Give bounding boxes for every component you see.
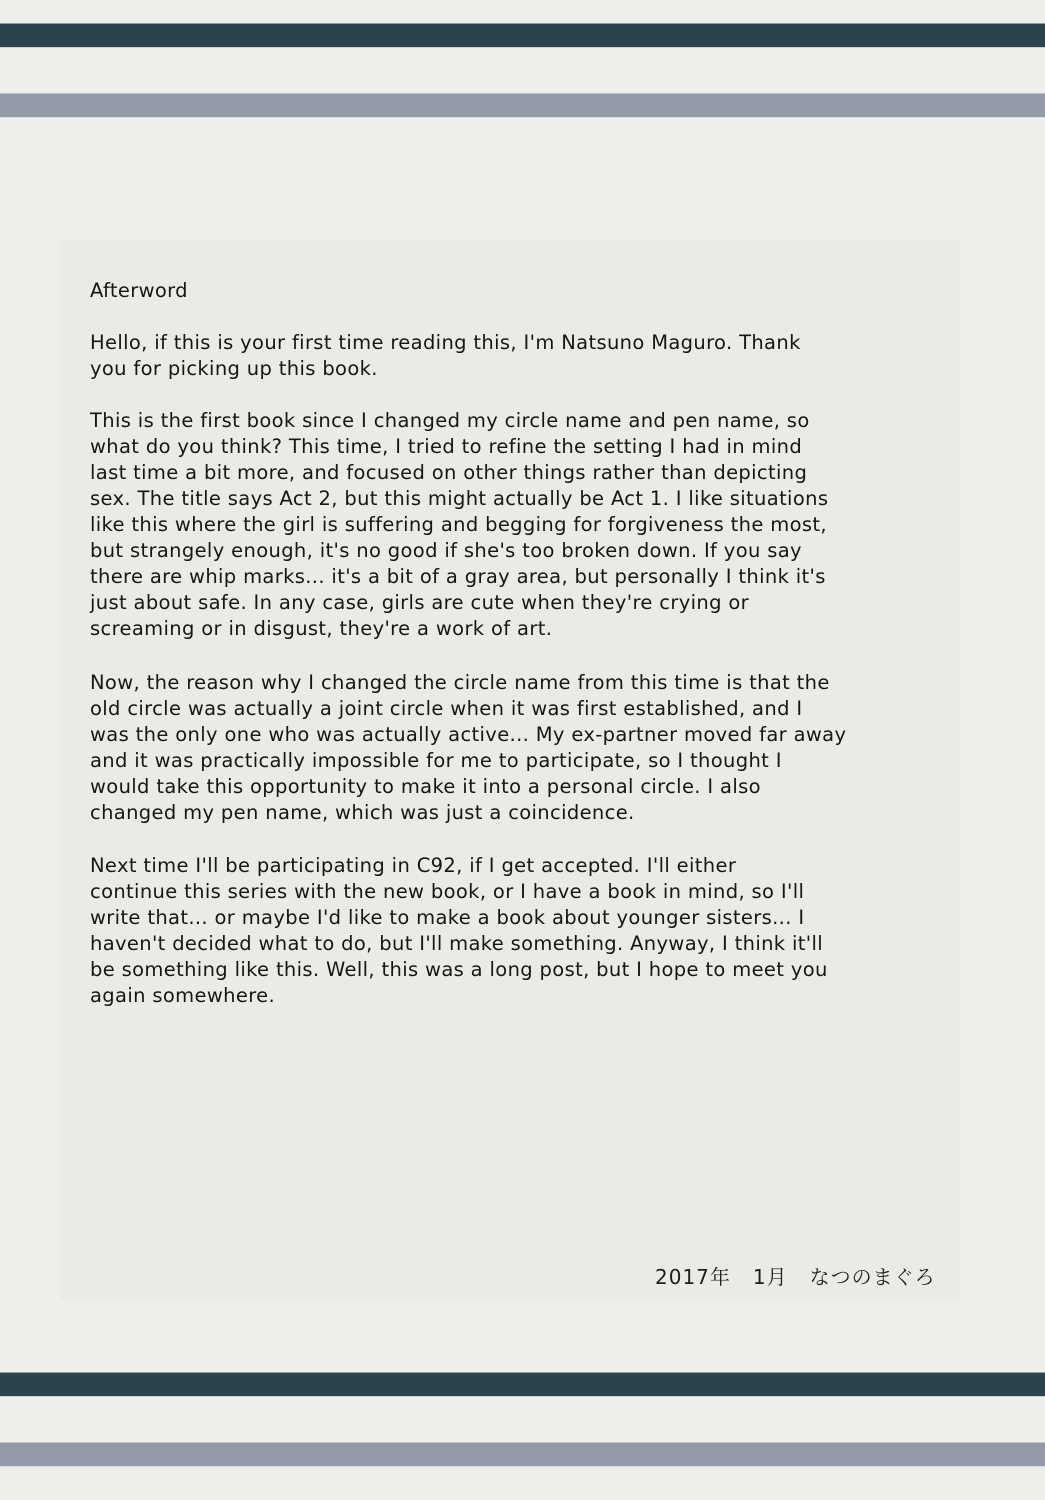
paragraph-3-line-4: and it was practically impossible for me… (90, 748, 782, 774)
paragraph-4-line-5: be something like this. Well, this was a… (90, 957, 828, 983)
paragraph-2-line-8: just about safe. In any case, girls are … (90, 590, 749, 616)
paragraph-2-line-4: sex. The title says Act 2, but this migh… (90, 486, 828, 512)
paragraph-2-line-6: but strangely enough, it's no good if sh… (90, 538, 802, 564)
paragraph-3-line-5: would take this opportunity to make it i… (90, 774, 761, 800)
bottom-gray-stripe (0, 1443, 1045, 1466)
paragraph-4-line-2: continue this series with the new book, … (90, 879, 804, 905)
bottom-dark-stripe (0, 1373, 1045, 1396)
paragraph-3-line-6: changed my pen name, which was just a co… (90, 800, 635, 826)
top-gray-stripe (0, 94, 1045, 117)
paragraph-4-line-1: Next time I'll be participating in C92, … (90, 853, 736, 879)
afterword-heading: Afterword (90, 278, 188, 304)
signature-author: なつのまぐろ (810, 1265, 936, 1289)
paragraph-2-line-1: This is the first book since I changed m… (90, 408, 810, 434)
paragraph-2-line-3: last time a bit more, and focused on oth… (90, 460, 807, 486)
paragraph-3-line-1: Now, the reason why I changed the circle… (90, 670, 830, 696)
paragraph-2-line-5: like this where the girl is suffering an… (90, 512, 827, 538)
paragraph-4-line-6: again somewhere. (90, 983, 275, 1009)
paragraph-4-line-4: haven't decided what to do, but I'll mak… (90, 931, 823, 957)
paragraph-3-line-3: was the only one who was actually active… (90, 722, 846, 748)
top-dark-stripe (0, 24, 1045, 47)
signature-year: 2017年 (655, 1265, 731, 1289)
paragraph-2-line-7: there are whip marks... it's a bit of a … (90, 564, 826, 590)
paragraph-3-line-2: old circle was actually a joint circle w… (90, 696, 802, 722)
paragraph-4-line-3: write that... or maybe I'd like to make … (90, 905, 804, 931)
signature: 2017年1月なつのまぐろ (655, 1261, 936, 1290)
paragraph-2-line-9: screaming or in disgust, they're a work … (90, 616, 552, 642)
signature-month: 1月 (753, 1265, 788, 1289)
paragraph-1-line-1: Hello, if this is your first time readin… (90, 330, 801, 356)
paragraph-1-line-2: you for picking up this book. (90, 356, 378, 382)
paragraph-2-line-2: what do you think? This time, I tried to… (90, 434, 802, 460)
